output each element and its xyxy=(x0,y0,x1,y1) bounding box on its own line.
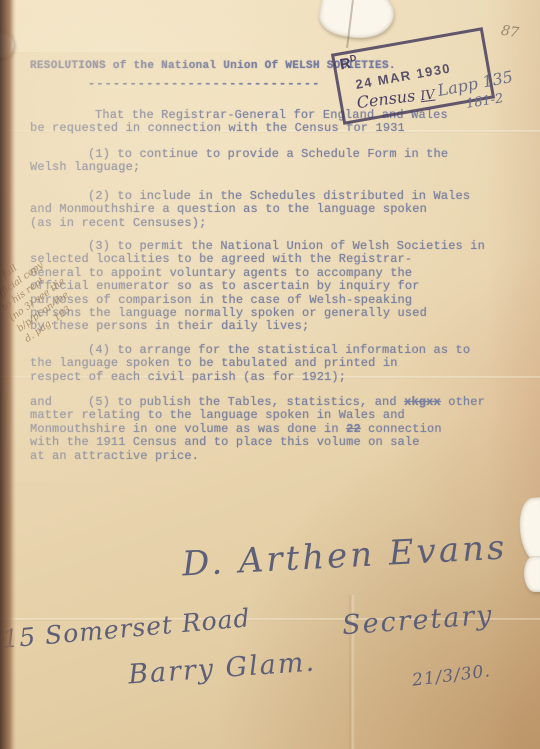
resolution-line: selected localities to be agreed with th… xyxy=(30,253,525,266)
title-underline: ---------------------------- xyxy=(88,77,320,91)
signature-date: 21/3/30. xyxy=(411,661,492,690)
resolution-line: by these persons in their daily lives; xyxy=(30,320,525,333)
paper-tear-top xyxy=(316,0,398,44)
resolution-line: official enumerator so as to ascertain b… xyxy=(30,280,525,293)
resolution-item-5: and (5) to publish the Tables, statistic… xyxy=(30,396,525,463)
line-segment: (5) to publish the Tables, statistics, a… xyxy=(88,395,404,409)
signature-name: D. Arthen Evans xyxy=(181,528,508,585)
paper-tear-right xyxy=(517,497,540,563)
resolution-line: with the 1911 Census and to place this v… xyxy=(30,436,525,449)
scanned-document-page: RESOLUTIONS of the National Union Of WEL… xyxy=(0,0,540,749)
signature-role: Secretary xyxy=(341,600,494,641)
line-segment: Monmouthshire in one volume as was done … xyxy=(30,422,346,436)
resolution-line: the language spoken to be tabulated and … xyxy=(30,357,525,370)
resolution-line: (as in recent Censuses); xyxy=(30,217,525,230)
signature-address-line1: 15 Somerset Road xyxy=(1,603,251,654)
resolution-line: purposes of comparison in the case of We… xyxy=(30,294,525,307)
resolution-item-4: (4) to arrange for the statistical infor… xyxy=(30,344,525,384)
resolution-line: and Monmouthshire a question as to the l… xyxy=(30,203,525,216)
census-roman-numeral: IV xyxy=(420,88,436,105)
struck-out-word: xkgxx xyxy=(404,395,441,409)
resolution-item-3: (3) to permit the National Union of Wels… xyxy=(30,240,525,334)
stamp-letter-superscript: D xyxy=(349,53,357,64)
stamp-letter: RD xyxy=(338,53,358,74)
line-segment: other xyxy=(441,395,485,409)
resolution-line: at an attractive price. xyxy=(30,450,525,463)
paper-tear-right-small xyxy=(524,556,540,592)
preamble-paragraph: That the Registrar-General for England a… xyxy=(30,109,525,136)
resolution-line: (1) to continue to provide a Schedule Fo… xyxy=(88,148,525,161)
signature-address-line2: Barry Glam. xyxy=(127,646,317,690)
line-segment: connection xyxy=(361,422,442,436)
resolution-line: matter relating to the language spoken i… xyxy=(30,409,525,422)
resolution-line: respect of each civil parish (as for 192… xyxy=(30,371,525,384)
archive-page-number: 87 xyxy=(500,23,520,42)
resolution-item-1: (1) to continue to provide a Schedule Fo… xyxy=(30,148,525,175)
resolution-line: Welsh language; xyxy=(30,161,525,174)
struck-out-word: 22 xyxy=(346,422,361,436)
resolution-item-2: (2) to include in the Schedules distribu… xyxy=(30,190,525,230)
and-connector: and xyxy=(30,396,52,409)
paper-tear-left xyxy=(0,28,17,60)
preamble-line: be requested in connection with the Cens… xyxy=(30,122,525,135)
